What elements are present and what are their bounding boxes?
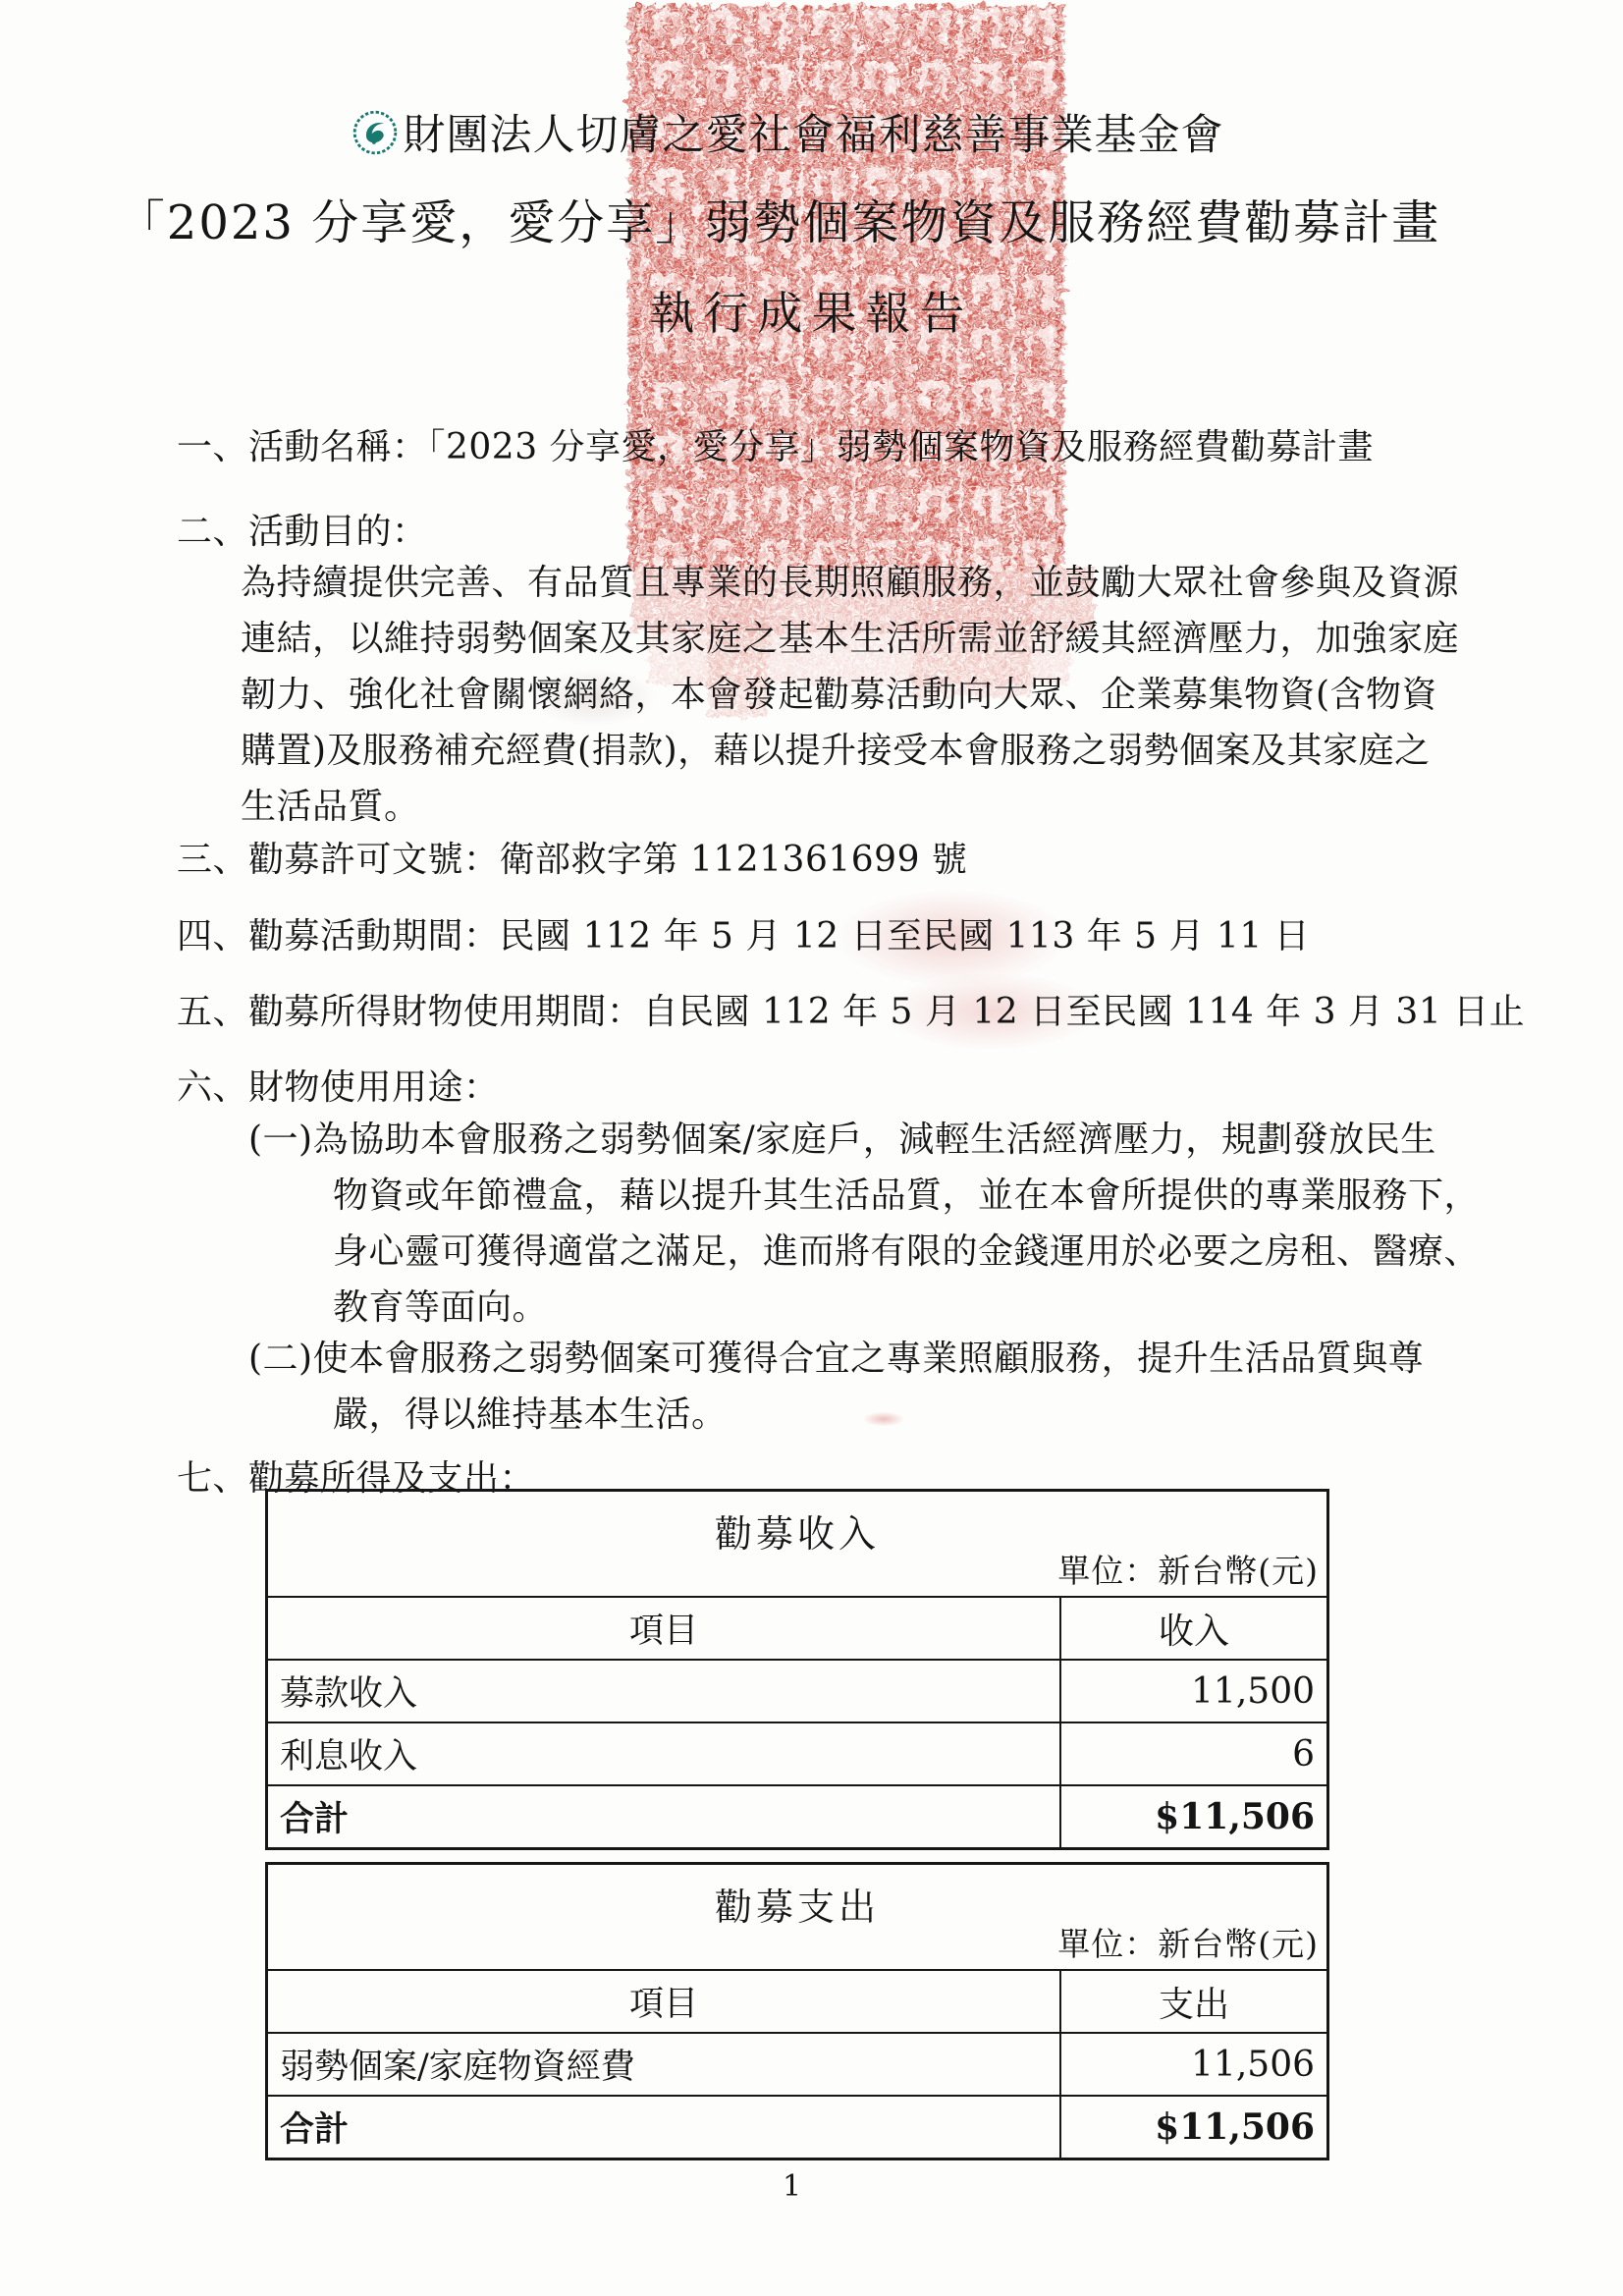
org-name: 財團法人切膚之愛社會福利慈善事業基金會 [404, 111, 1224, 160]
scanned-report-page: 財團法人切膚之愛社會福利慈善事業基金會 「2023 分享愛，愛分享」弱勢個案物資… [0, 0, 1623, 2296]
income-row-item: 募款收入 [268, 1661, 1059, 1722]
income-table-header-cell: 勸募收入 單位：新台幣(元) [268, 1492, 1326, 1596]
purpose-line: 連結，以維持弱勢個案及其家庭之基本生活所需並舒緩其經濟壓力，加強家庭 [241, 622, 1459, 657]
income-column-amount: 收入 [1059, 1598, 1326, 1659]
expense-table-unit-note: 單位：新台幣(元) [1057, 1919, 1319, 1965]
income-row-value: 11,500 [1059, 1661, 1326, 1722]
expense-total-label: 合計 [268, 2097, 1059, 2158]
table-row: 弱勢個案/家庭物資經費 11,506 [268, 2032, 1326, 2095]
expense-column-amount: 支出 [1059, 1971, 1326, 2032]
seal-residue-speck [864, 1412, 903, 1426]
section-1-activity-name: 一、活動名稱：「2023 分享愛，愛分享」弱勢個案物資及服務經費勸募計畫 [177, 430, 1374, 465]
income-column-item: 項目 [268, 1598, 1059, 1659]
section-2-purpose-heading: 二、活動目的： [177, 515, 428, 550]
expense-column-item: 項目 [268, 1971, 1059, 2032]
expense-table: 勸募支出 單位：新台幣(元) 項目 支出 弱勢個案/家庭物資經費 11,506 … [265, 1862, 1329, 2160]
section-6-usage-heading: 六、財物使用用途： [177, 1070, 500, 1106]
purpose-line: 為持續提供完善、有品質且專業的長期照顧服務，並鼓勵大眾社會參與及資源 [241, 566, 1459, 601]
foundation-logo-icon [352, 110, 398, 155]
usage-item-2-line: (二)使本會服務之弱勢個案可獲得合宜之專業照顧服務，提升生活品質與尊 [248, 1341, 1424, 1377]
usage-item-2-line: 嚴，得以維持基本生活。 [333, 1397, 728, 1433]
org-title-line: 財團法人切膚之愛社會福利慈善事業基金會 [0, 110, 1599, 157]
report-title: 執行成果報告 [0, 291, 1623, 336]
income-table-column-row: 項目 收入 [268, 1596, 1326, 1659]
expense-table-column-row: 項目 支出 [268, 1969, 1326, 2032]
section-5-usage-period: 五、勸募所得財物使用期間：自民國 112 年 5 月 12 日至民國 114 年… [177, 995, 1525, 1030]
expense-total-row: 合計 $11,506 [268, 2095, 1326, 2158]
income-row-item: 利息收入 [268, 1723, 1059, 1784]
purpose-line: 生活品質。 [241, 790, 420, 825]
income-total-row: 合計 $11,506 [268, 1784, 1326, 1847]
income-total-label: 合計 [268, 1786, 1059, 1847]
expense-table-header-cell: 勸募支出 單位：新台幣(元) [268, 1865, 1326, 1969]
section-3-permit-number: 三、勸募許可文號：衛部救字第 1121361699 號 [177, 843, 967, 878]
usage-item-1-line: 物資或年節禮盒，藉以提升其生活品質，並在本會所提供的專業服務下， [333, 1178, 1480, 1214]
income-table-unit-note: 單位：新台幣(元) [1057, 1546, 1319, 1592]
purpose-line: 購置)及服務補充經費(捐款)，藉以提升接受本會服務之弱勢個案及其家庭之 [241, 734, 1431, 769]
usage-item-1-line: 教育等面向。 [333, 1290, 548, 1326]
income-table: 勸募收入 單位：新台幣(元) 項目 收入 募款收入 11,500 利息收入 6 … [265, 1489, 1329, 1850]
page-number: 1 [0, 2172, 1584, 2202]
usage-item-1-line: 身心靈可獲得適當之滿足，進而將有限的金錢運用於必要之房租、醫療、 [333, 1234, 1480, 1270]
usage-item-1-line: (一)為協助本會服務之弱勢個案/家庭戶，減輕生活經濟壓力，規劃發放民生 [248, 1122, 1436, 1158]
section-4-campaign-period: 四、勸募活動期間：民國 112 年 5 月 12 日至民國 113 年 5 月 … [177, 919, 1310, 955]
expense-total-value: $11,506 [1059, 2097, 1326, 2158]
income-row-value: 6 [1059, 1723, 1326, 1784]
income-total-value: $11,506 [1059, 1786, 1326, 1847]
purpose-line: 韌力、強化社會關懷網絡，本會發起勸募活動向大眾、企業募集物資(含物資 [241, 678, 1437, 713]
expense-row-item: 弱勢個案/家庭物資經費 [268, 2034, 1059, 2095]
campaign-title: 「2023 分享愛，愛分享」弱勢個案物資及服務經費勸募計畫 [0, 199, 1591, 246]
table-row: 利息收入 6 [268, 1722, 1326, 1784]
expense-row-value: 11,506 [1059, 2034, 1326, 2095]
table-row: 募款收入 11,500 [268, 1659, 1326, 1722]
